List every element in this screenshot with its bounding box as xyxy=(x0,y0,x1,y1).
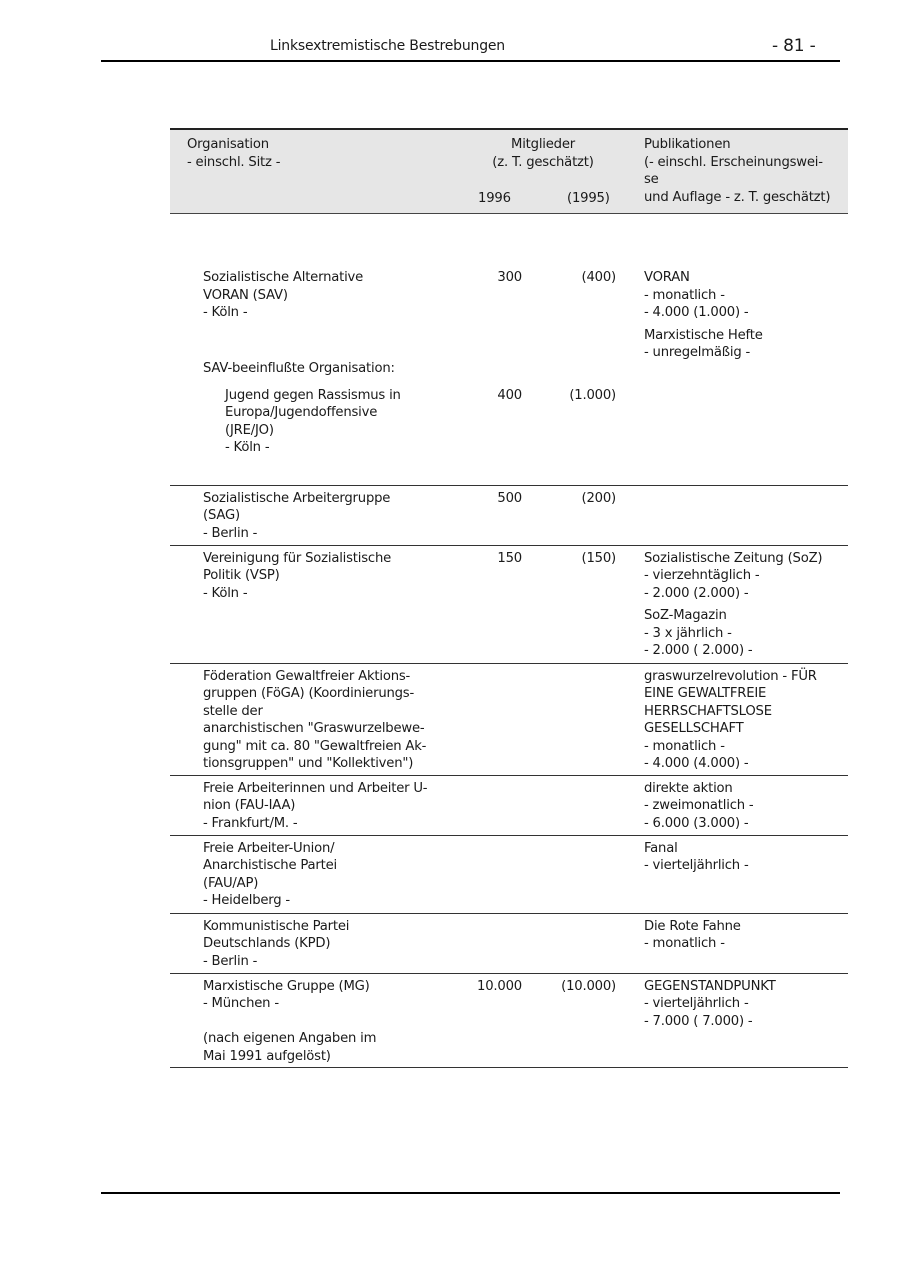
members-1995-cell: (150) xyxy=(540,550,616,568)
column-header-year-1995: (1995) xyxy=(567,190,610,208)
table-row: Kommunistische Partei Deutschlands (KPD)… xyxy=(170,914,848,974)
publications-cell: Die Rote Fahne - monatlich - xyxy=(644,918,848,958)
publications-cell: direkte aktion - zweimonatlich - - 6.000… xyxy=(644,780,848,838)
organisation-cell: Marxistische Gruppe (MG) - München - (na… xyxy=(203,978,453,1066)
members-1996-cell: 150 xyxy=(450,550,522,568)
publications-cell: VORAN - monatlich - - 4.000 (1.000) -Mar… xyxy=(644,269,848,367)
organisation-cell: Föderation Gewaltfreier Aktions- gruppen… xyxy=(203,668,453,773)
members-1996-cell: 10.000 xyxy=(450,978,522,996)
organisation-cell: Jugend gegen Rassismus in Europa/Jugendo… xyxy=(225,387,475,457)
organisation-cell: Freie Arbeiter-Union/ Anarchistische Par… xyxy=(203,840,453,910)
publications-cell: graswurzelrevolution - FÜR EINE GEWALTFR… xyxy=(644,668,848,778)
publications-cell: Fanal - vierteljährlich - xyxy=(644,840,848,880)
organisation-cell: Vereinigung für Sozialistische Politik (… xyxy=(203,550,453,603)
organisations-table: Organisation - einschl. Sitz - Mitgliede… xyxy=(170,128,848,1068)
table-row: Sozialistische Alternative VORAN (SAV) -… xyxy=(170,265,848,360)
column-header-members: Mitglieder (z. T. geschätzt) xyxy=(478,136,608,171)
publication-entry: GEGENSTANDPUNKT - vierteljährlich - - 7.… xyxy=(644,978,848,1031)
table-row: Freie Arbeiter-Union/ Anarchistische Par… xyxy=(170,836,848,914)
organisation-cell: Sozialistische Alternative VORAN (SAV) -… xyxy=(203,269,453,322)
members-1995-cell: (1.000) xyxy=(540,387,616,405)
publication-entry: Marxistische Hefte - unregelmäßig - xyxy=(644,327,848,362)
publication-entry: Fanal - vierteljährlich - xyxy=(644,840,848,875)
members-1996-cell: 300 xyxy=(450,269,522,287)
publication-entry: Sozialistische Zeitung (SoZ) - vierzehnt… xyxy=(644,550,848,603)
table-row: Marxistische Gruppe (MG) - München - (na… xyxy=(170,974,848,1068)
members-1995-cell: (200) xyxy=(540,490,616,508)
footer-rule xyxy=(101,1192,840,1194)
column-header-publications: Publikationen (- einschl. Erscheinungswe… xyxy=(644,136,848,206)
publications-cell: GEGENSTANDPUNKT - vierteljährlich - - 7.… xyxy=(644,978,848,1036)
page-number: - 81 - xyxy=(772,36,816,56)
members-1996-cell: 500 xyxy=(450,490,522,508)
table-row: Vereinigung für Sozialistische Politik (… xyxy=(170,546,848,664)
header-rule xyxy=(101,60,840,62)
table-row: Sozialistische Arbeitergruppe (SAG) - Be… xyxy=(170,486,848,546)
publication-entry: direkte aktion - zweimonatlich - - 6.000… xyxy=(644,780,848,833)
table-row: Föderation Gewaltfreier Aktions- gruppen… xyxy=(170,664,848,776)
table-spacer xyxy=(170,214,848,265)
table-row: Freie Arbeiterinnen und Arbeiter U- nion… xyxy=(170,776,848,836)
publication-entry: graswurzelrevolution - FÜR EINE GEWALTFR… xyxy=(644,668,848,773)
column-header-year-1996: 1996 xyxy=(478,190,511,208)
organisation-cell: Kommunistische Partei Deutschlands (KPD)… xyxy=(203,918,453,971)
publications-cell: Sozialistische Zeitung (SoZ) - vierzehnt… xyxy=(644,550,848,665)
table-row: Jugend gegen Rassismus in Europa/Jugendo… xyxy=(170,383,848,486)
table-body: Sozialistische Alternative VORAN (SAV) -… xyxy=(170,265,848,1068)
organisation-cell: Freie Arbeiterinnen und Arbeiter U- nion… xyxy=(203,780,453,833)
publication-entry: VORAN - monatlich - - 4.000 (1.000) - xyxy=(644,269,848,322)
publication-entry: Die Rote Fahne - monatlich - xyxy=(644,918,848,953)
column-header-organisation: Organisation - einschl. Sitz - xyxy=(187,136,280,171)
members-1995-cell: (10.000) xyxy=(540,978,616,996)
running-title: Linksextremistische Bestrebungen xyxy=(270,38,505,54)
members-1995-cell: (400) xyxy=(540,269,616,287)
members-1996-cell: 400 xyxy=(450,387,522,405)
publication-entry: SoZ-Magazin - 3 x jährlich - - 2.000 ( 2… xyxy=(644,607,848,660)
organisation-cell: Sozialistische Arbeitergruppe (SAG) - Be… xyxy=(203,490,453,543)
table-header: Organisation - einschl. Sitz - Mitgliede… xyxy=(170,128,848,214)
